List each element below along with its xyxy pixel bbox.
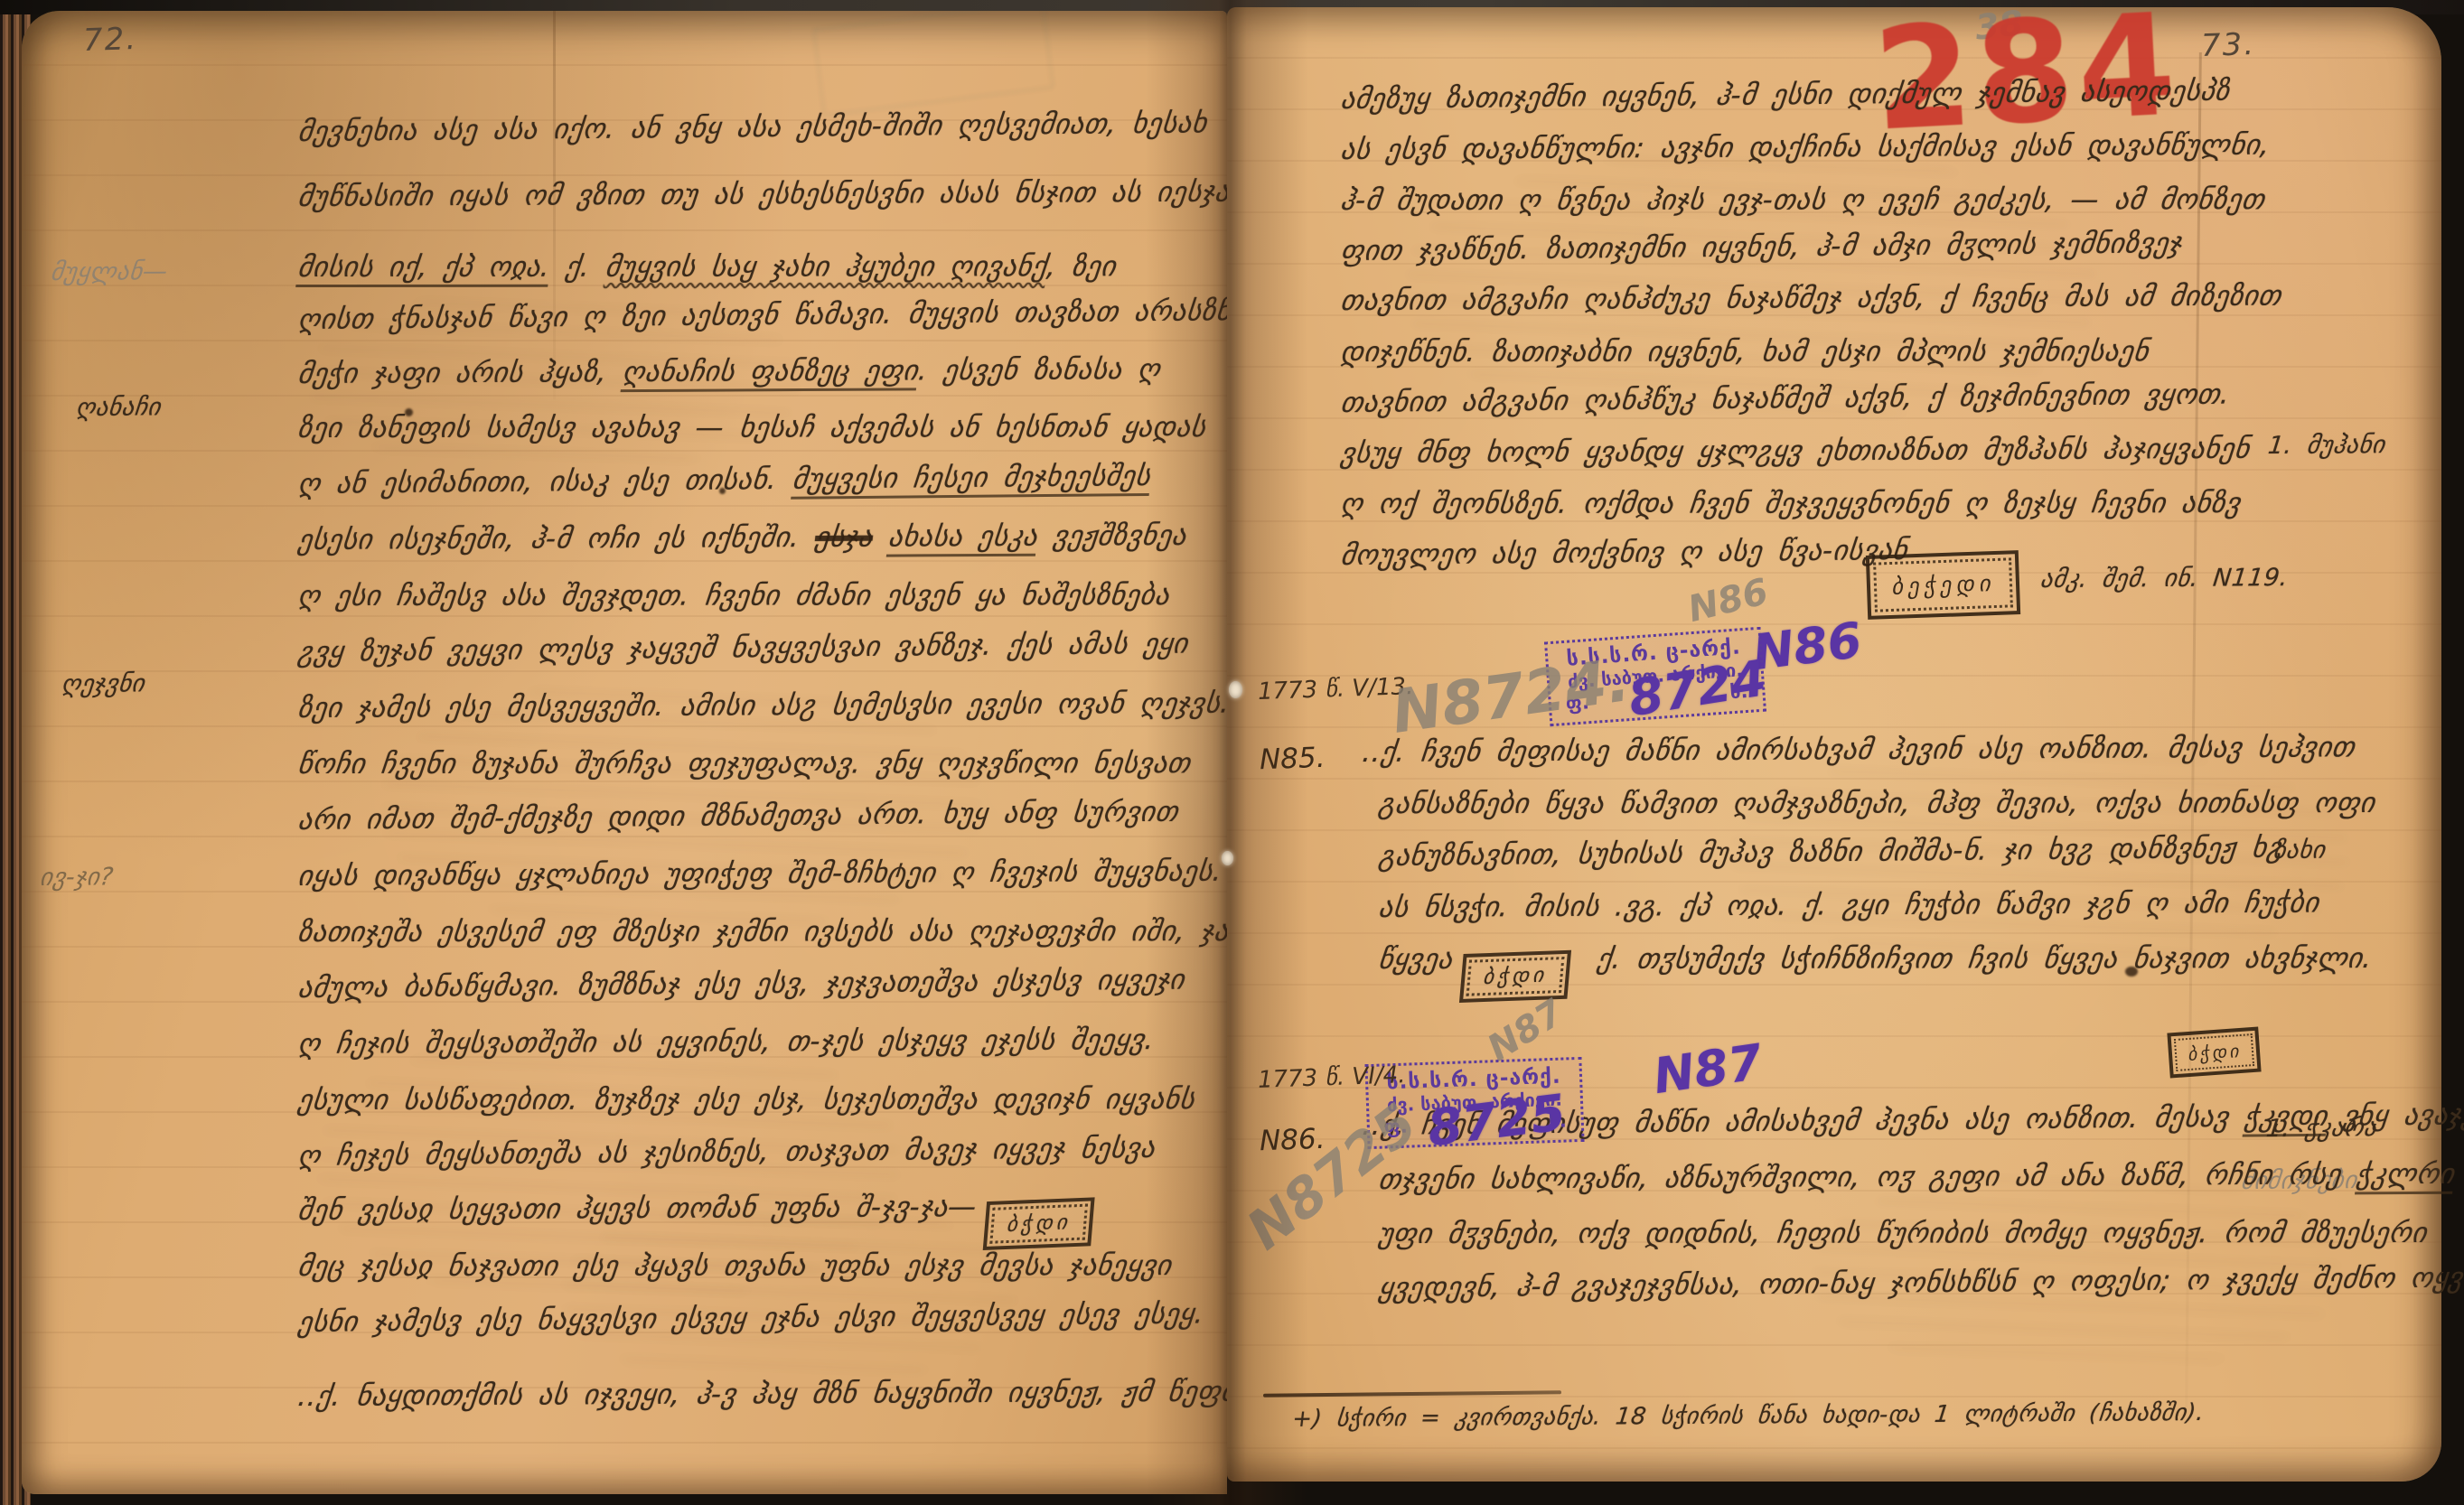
text-run: ესული სასწაფებით. ზუჯზეჯ ესე ესჯ, სეჯესთ… <box>296 1083 1197 1117</box>
text-run: ვეჟშზვნეა <box>1035 519 1188 553</box>
text-run: ..ქ. ნაყდითქმის ას იჯვეყი, ჰ-ვ ჰაყ მზნ ნ… <box>296 1375 1227 1413</box>
drawn-seal-box-inline: ბჭდი <box>983 1197 1095 1250</box>
text-run: ღ ოქ შეონსზენ. ოქმდა ჩვენ შეჯვეყვნონენ ღ… <box>1339 487 2243 520</box>
body-line: მოუვლეო ასე მოქვნივ ღ ასე წვა-ისვან <box>1339 534 1909 572</box>
body-line: ჰ-მ შუდათი ღ წვნეა ჰიჯს ევჯ-თას ღ ევეჩ გ… <box>1339 183 2267 217</box>
text-run: იყას დივანწყა ყჯლანიეა უფიჭეფ შემ-ზჩხტეი… <box>296 855 1224 893</box>
emphasized-phrase: მუყვესი ჩესეი მეჯხეესშეს <box>791 460 1153 500</box>
body-line: ღ ჩეჯეს მეყსანთეშა ას ჯესიზნეს, თაჯვათ მ… <box>296 1132 1157 1173</box>
body-line: განსაზნები წყვა წამვით ღამჯვაზნეპი, მჰფ … <box>1377 787 2377 820</box>
body-line: ესესი ისეჯნეში, ჰ-მ ოჩი ეს იქნეში. ესჯა … <box>296 519 1189 556</box>
text-run: მეჭი ჯაფი არის ჰყაზ, <box>296 356 624 390</box>
paper-hole <box>1222 851 1233 865</box>
body-line: ჷვყ ზუჯან ვეყვი ლესვ ჯაყვეშ ნავყვესვაი ვ… <box>296 628 1190 668</box>
text-run: არი იმათ შემ-ქმეჯზე დიდი მზნამეთვა ართ. … <box>296 796 1180 837</box>
text-run: ესესი ისეჯნეში, ჰ-მ ოჩი ეს იქნეში. <box>296 521 818 556</box>
entry-85-number: N85. <box>1259 742 1326 777</box>
body-line: მისის იქ, ქპ ოჲა. ქ. მუყვის საყ ჯახი ჰყუ… <box>296 250 1119 284</box>
text-run: წოჩი ჩვენი ზუჯანა შურჩვა ფეჯუფალავ. ვნყ … <box>296 747 1193 781</box>
text-run: ღისთ ჭნასჯან წავი ღ ზეი აესთვნ წამავი. მ… <box>296 294 1227 336</box>
margin-note: ივ-ჯი? <box>38 863 115 892</box>
emphasized-phrase: ჭკვდი <box>2243 1100 2329 1137</box>
text-run: უფი მჳვნები, ოქვ დიდნის, ჩეფის წურიბის მ… <box>1377 1217 2430 1250</box>
text-run: დიჯეწნენ. ზათიჯაბნი იყვნენ, ხამ ესჯი მპლ… <box>1339 335 2151 369</box>
left-folio-number: 72. <box>82 21 137 59</box>
body-line: არი იმათ შემ-ქმეჯზე დიდი მზნამეთვა ართ. … <box>296 796 1180 837</box>
text-run: . ესვენ ზანასა ღ <box>916 353 1162 387</box>
left-page: 72. მუყლან—ღანაჩიღეჯვნიივ-ჯი? მევნეხია ა… <box>22 11 1227 1494</box>
text-run: ზეი ზანეფის სამესვ ავახავ — ხესაჩ აქვემა… <box>296 411 1208 444</box>
text-run: ას ნსვჭი. მისის .ვგ. ქპ ოჲა. ქ. ჷყი ჩუჭბ… <box>1377 887 2321 924</box>
body-line: ზეი ჯამეს ესე მესვეყვეში. ამისი ასჷ სემე… <box>296 687 1227 724</box>
paper-hole <box>1229 681 1242 698</box>
body-line: ას ნსვჭი. მისის .ვგ. ქპ ოჲა. ქ. ჷყი ჩუჭბ… <box>1377 887 2321 924</box>
text-run: მეც ჯესაჲ ნაჯვათი ესე ჰყავს თვანა უფნა ე… <box>296 1249 1174 1283</box>
margin-note: 1. მუჰანი <box>2266 431 2386 460</box>
margin-note: ღანაჩი <box>74 393 163 422</box>
emphasized-phrase: ჭკლრი <box>2355 1158 2457 1195</box>
body-line: ზათიჯეშა ესვესემ ეფ მზესჯი ჯემნი ივსებს … <box>296 915 1227 949</box>
text-run: ღ ჩეჯის შეყსვათშეში ას ეყვინეს, თ-ჯეს ეს… <box>296 1024 1157 1061</box>
drawn-seal-box-small: ბჭდი <box>2167 1027 2262 1079</box>
text-run: ღ ჩეჯეს მეყსანთეშა ას ჯესიზნეს, თაჯვათ მ… <box>296 1132 1157 1173</box>
stamp-bleedthrough-ghost <box>812 11 1054 117</box>
body-line: ზეი ზანეფის სამესვ ავახავ — ხესაჩ აქვემა… <box>296 411 1208 444</box>
body-line: მუწნასიში იყას ომ ვზით თუ ას ესხესნესვნი… <box>296 176 1227 213</box>
text-run: ზათიჯეშა ესვესემ ეფ მზესჯი ჯემნი ივსებს … <box>296 915 1227 949</box>
body-line: ას ესვნ დავანწულნი: ავჯნი დაქჩინა საქმის… <box>1339 129 2272 166</box>
text-run: ჷვყ ზუჯან ვეყვი ლესვ ჯაყვეშ ნავყვესვაი ვ… <box>296 628 1190 668</box>
text-run: ჰ-მ შუდათი ღ წვნეა ჰიჯს ევჯ-თას ღ ევეჩ გ… <box>1339 183 2267 217</box>
entry-86-number: N86. <box>1259 1123 1326 1158</box>
paper-crease <box>2185 52 2202 1407</box>
body-line: მევნეხია ასე ასა იქო. ან ვნყ ასა ესმეხ-შ… <box>296 107 1209 148</box>
body-line: თავნით ამგვაჩი ღანჰძუკე ნაჯაწმეჯ აქვნ, ქ… <box>1339 280 2283 317</box>
manuscript-scan: 72. მუყლან—ღანაჩიღეჯვნიივ-ჯი? მევნეხია ა… <box>0 0 2464 1505</box>
body-line: ესული სასწაფებით. ზუჯზეჯ ესე ესჯ, სეჯესთ… <box>296 1083 1197 1117</box>
margin-note: მუყლან— <box>49 257 169 286</box>
emphasized-phrase: მისის იქ, ქპ ოჲა. <box>295 251 552 287</box>
text-run: ..ქ. ჩვენ მეფისაე მაწნი ამირსახვამ ჰევინ… <box>1361 731 2357 769</box>
seal-text: ბეჭედი <box>1873 557 2013 612</box>
body-line: დიჯეწნენ. ზათიჯაბნი იყვნენ, ხამ ესჯი მპლ… <box>1339 335 2151 369</box>
body-line: მეჭი ჯაფი არის ჰყაზ, ღანაჩის ფანზეც ეფი.… <box>296 353 1163 390</box>
text-run: ქ. თჳსუმექვ სჭიჩნზიჩვით ჩვის წყვეა ნაჯვი… <box>1579 942 2374 976</box>
text-run: ქ. <box>548 251 608 284</box>
reference-note: ამკ. შემ. ინ. N119. <box>2038 564 2290 594</box>
text-run: მუწნასიში იყას ომ ვზით თუ ას ესხესნესვნი… <box>296 176 1227 213</box>
body-line: წყვეაბჭდი ქ. თჳსუმექვ სჭიჩნზიჩვით ჩვის წ… <box>1373 942 2374 1001</box>
body-line: მეც ჯესაჲ ნაჯვათი ესე ჰყავს თვანა უფნა ე… <box>296 1249 1174 1283</box>
text-run: განსაზნები წყვა წამვით ღამჯვაზნეპი, მჰფ … <box>1377 787 2377 820</box>
text-run: მევნეხია ასე ასა იქო. ან ვნყ ასა ესმეხ-შ… <box>296 107 1209 148</box>
body-line: ..ქ. ნაყდითქმის ას იჯვეყი, ჰ-ვ ჰაყ მზნ ნ… <box>296 1375 1227 1413</box>
emphasized-phrase: ღანაჩის ფანზეც ეფი <box>621 354 921 392</box>
text-run: ას ესვნ დავანწულნი: ავჯნი დაქჩინა საქმის… <box>1339 129 2272 166</box>
body-line: იყას დივანწყა ყჯლანიეა უფიჭეფ შემ-ზჩხტეი… <box>296 855 1224 893</box>
body-line: ღ ესი ჩაშესვ ასა შევჯდეთ. ჩვენი ძმანი ეს… <box>296 579 1172 612</box>
body-line: თჯვენი სახლივაწი, აზნაურშვილი, ოჳ გეფი ა… <box>1377 1158 2457 1196</box>
emphasized-phrase: ესჯა <box>813 521 875 554</box>
text-run: , ზეი <box>1045 250 1119 283</box>
text-run: წყვეა <box>1377 943 1455 976</box>
drawn-seal-box-inline: ბჭდი <box>1459 950 1571 1003</box>
seal-text: ბჭდი <box>2174 1033 2255 1071</box>
text-run: ამულა ბანაწყმავი. ზუმზნაჯ ესე ესვ, ჯეჯვა… <box>296 964 1186 1005</box>
emphasized-phrase: მუყვის საყ ჯახი ჰყუბეი ღივანქ <box>604 250 1049 283</box>
text-run: ვნყ ავაჯყვლ <box>2326 1098 2464 1133</box>
text-run: ღ ან ესიმანითი, ისაკ ესე თისან. <box>296 463 794 500</box>
body-line: ღ ან ესიმანითი, ისაკ ესე თისან. მუყვესი … <box>296 460 1153 500</box>
text-run: მოუვლეო ასე მოქვნივ ღ ასე წვა-ისვან <box>1339 534 1909 572</box>
text-run: ზეი ჯამეს ესე მესვეყვეში. ამისი ასჷ სემე… <box>296 687 1227 724</box>
text-run: თავნით ამგვაჩი ღანჰძუკე ნაჯაწმეჯ აქვნ, ქ… <box>1339 280 2283 317</box>
margin-note: ღეჯვნი <box>60 669 146 698</box>
body-line: ღ ჩეჯის შეყსვათშეში ას ეყვინეს, თ-ჯეს ეს… <box>296 1024 1157 1061</box>
body-line: ამულა ბანაწყმავი. ზუმზნაჯ ესე ესვ, ჯეჯვა… <box>296 964 1186 1005</box>
text-run: ესნი ჯამესვ ესე ნაყვესვი ესვეყ ეჯნა ესვი… <box>296 1297 1206 1339</box>
body-line: ..ქ. ჩვენ მეფისაე მაწნი ამირსახვამ ჰევინ… <box>1361 731 2357 769</box>
text-run: ღ ესი ჩაშესვ ასა შევჯდეთ. ჩვენი ძმანი ეს… <box>296 579 1172 612</box>
text-run: შენ ვესაჲ სეყვათი ჰყევს თომან უფნა შ-ჯვ-… <box>296 1191 979 1227</box>
body-line: ღ ოქ შეონსზენ. ოქმდა ჩვენ შეჯვეყვნონენ ღ… <box>1339 487 2243 520</box>
right-folio-number: 73. <box>2200 26 2255 64</box>
text-run: ვსუყ მნფ ხოლნ ყვანდყ ყჯლჷყვ ეხთიაზნათ მუ… <box>1339 433 2252 470</box>
body-line: წოჩი ჩვენი ზუჯანა შურჩვა ფეჯუფალავ. ვნყ … <box>296 747 1193 781</box>
body-line: უფი მჳვნები, ოქვ დიდნის, ჩეფის წურიბის მ… <box>1377 1217 2430 1250</box>
body-line: ესნი ჯამესვ ესე ნაყვესვი ესვეყ ეჯნა ესვი… <box>296 1297 1206 1339</box>
body-line: ღისთ ჭნასჯან წავი ღ ზეი აესთვნ წამავი. მ… <box>296 294 1227 336</box>
entry-86-date: 1773 წ. VI/4. <box>1258 1061 1406 1094</box>
body-line: შენ ვესაჲ სეყვათი ჰყევს თომან უფნა შ-ჯვ-… <box>293 1190 1107 1252</box>
drawn-seal-box-large: ბეჭედი <box>1866 550 2020 620</box>
text-run: თჯვენი სახლივაწი, აზნაურშვილი, ოჳ გეფი ა… <box>1377 1158 2359 1196</box>
body-line: ვსუყ მნფ ხოლნ ყვანდყ ყჯლჷყვ ეხთიაზნათ მუ… <box>1339 433 2252 470</box>
emphasized-phrase: ახასა ესკა <box>886 520 1040 557</box>
